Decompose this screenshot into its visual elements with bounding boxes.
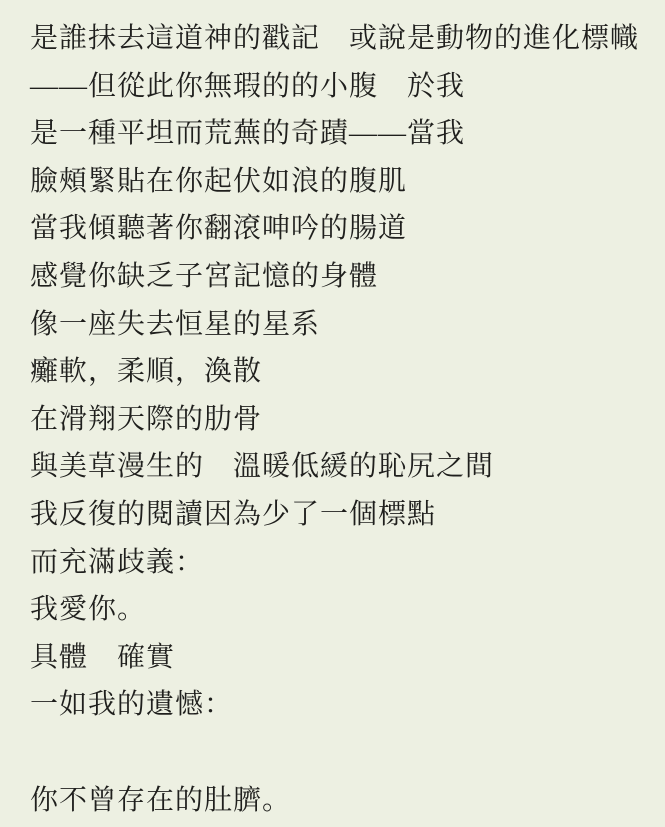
poem-line: 感覺你缺乏子宮記憶的身體 [30, 253, 650, 301]
poem-blank-line [30, 729, 650, 777]
poem-line: 與美草漫生的 溫暖低緩的恥尻之間 [30, 443, 650, 491]
poem-line: 臉頰緊貼在你起伏如浪的腹肌 [30, 158, 650, 206]
poem-line: 我愛你。 [30, 586, 650, 634]
poem-line: 一如我的遺憾： [30, 681, 650, 729]
poem-line: ——但從此你無瑕的的小腹 於我 [30, 63, 650, 111]
poem-line: 你不曾存在的肚臍。 [30, 777, 650, 825]
poem-line: 我反復的閱讀因為少了一個標點 [30, 491, 650, 539]
poem-line: 癱軟，柔順，渙散 [30, 348, 650, 396]
poem-line: 而充滿歧義： [30, 539, 650, 587]
poem-line: 是誰抹去這道神的戳記 或說是動物的進化標幟 [30, 15, 650, 63]
poem-line: 是一種平坦而荒蕪的奇蹟——當我 [30, 110, 650, 158]
poem-line: 當我傾聽著你翻滾呻吟的腸道 [30, 205, 650, 253]
poem-line: 具體 確實 [30, 634, 650, 682]
poem-line: 像一座失去恒星的星系 [30, 301, 650, 349]
document-page: 是誰抹去這道神的戳記 或說是動物的進化標幟 ——但從此你無瑕的的小腹 於我 是一… [0, 0, 665, 827]
poem-line: 在滑翔天際的肋骨 [30, 396, 650, 444]
